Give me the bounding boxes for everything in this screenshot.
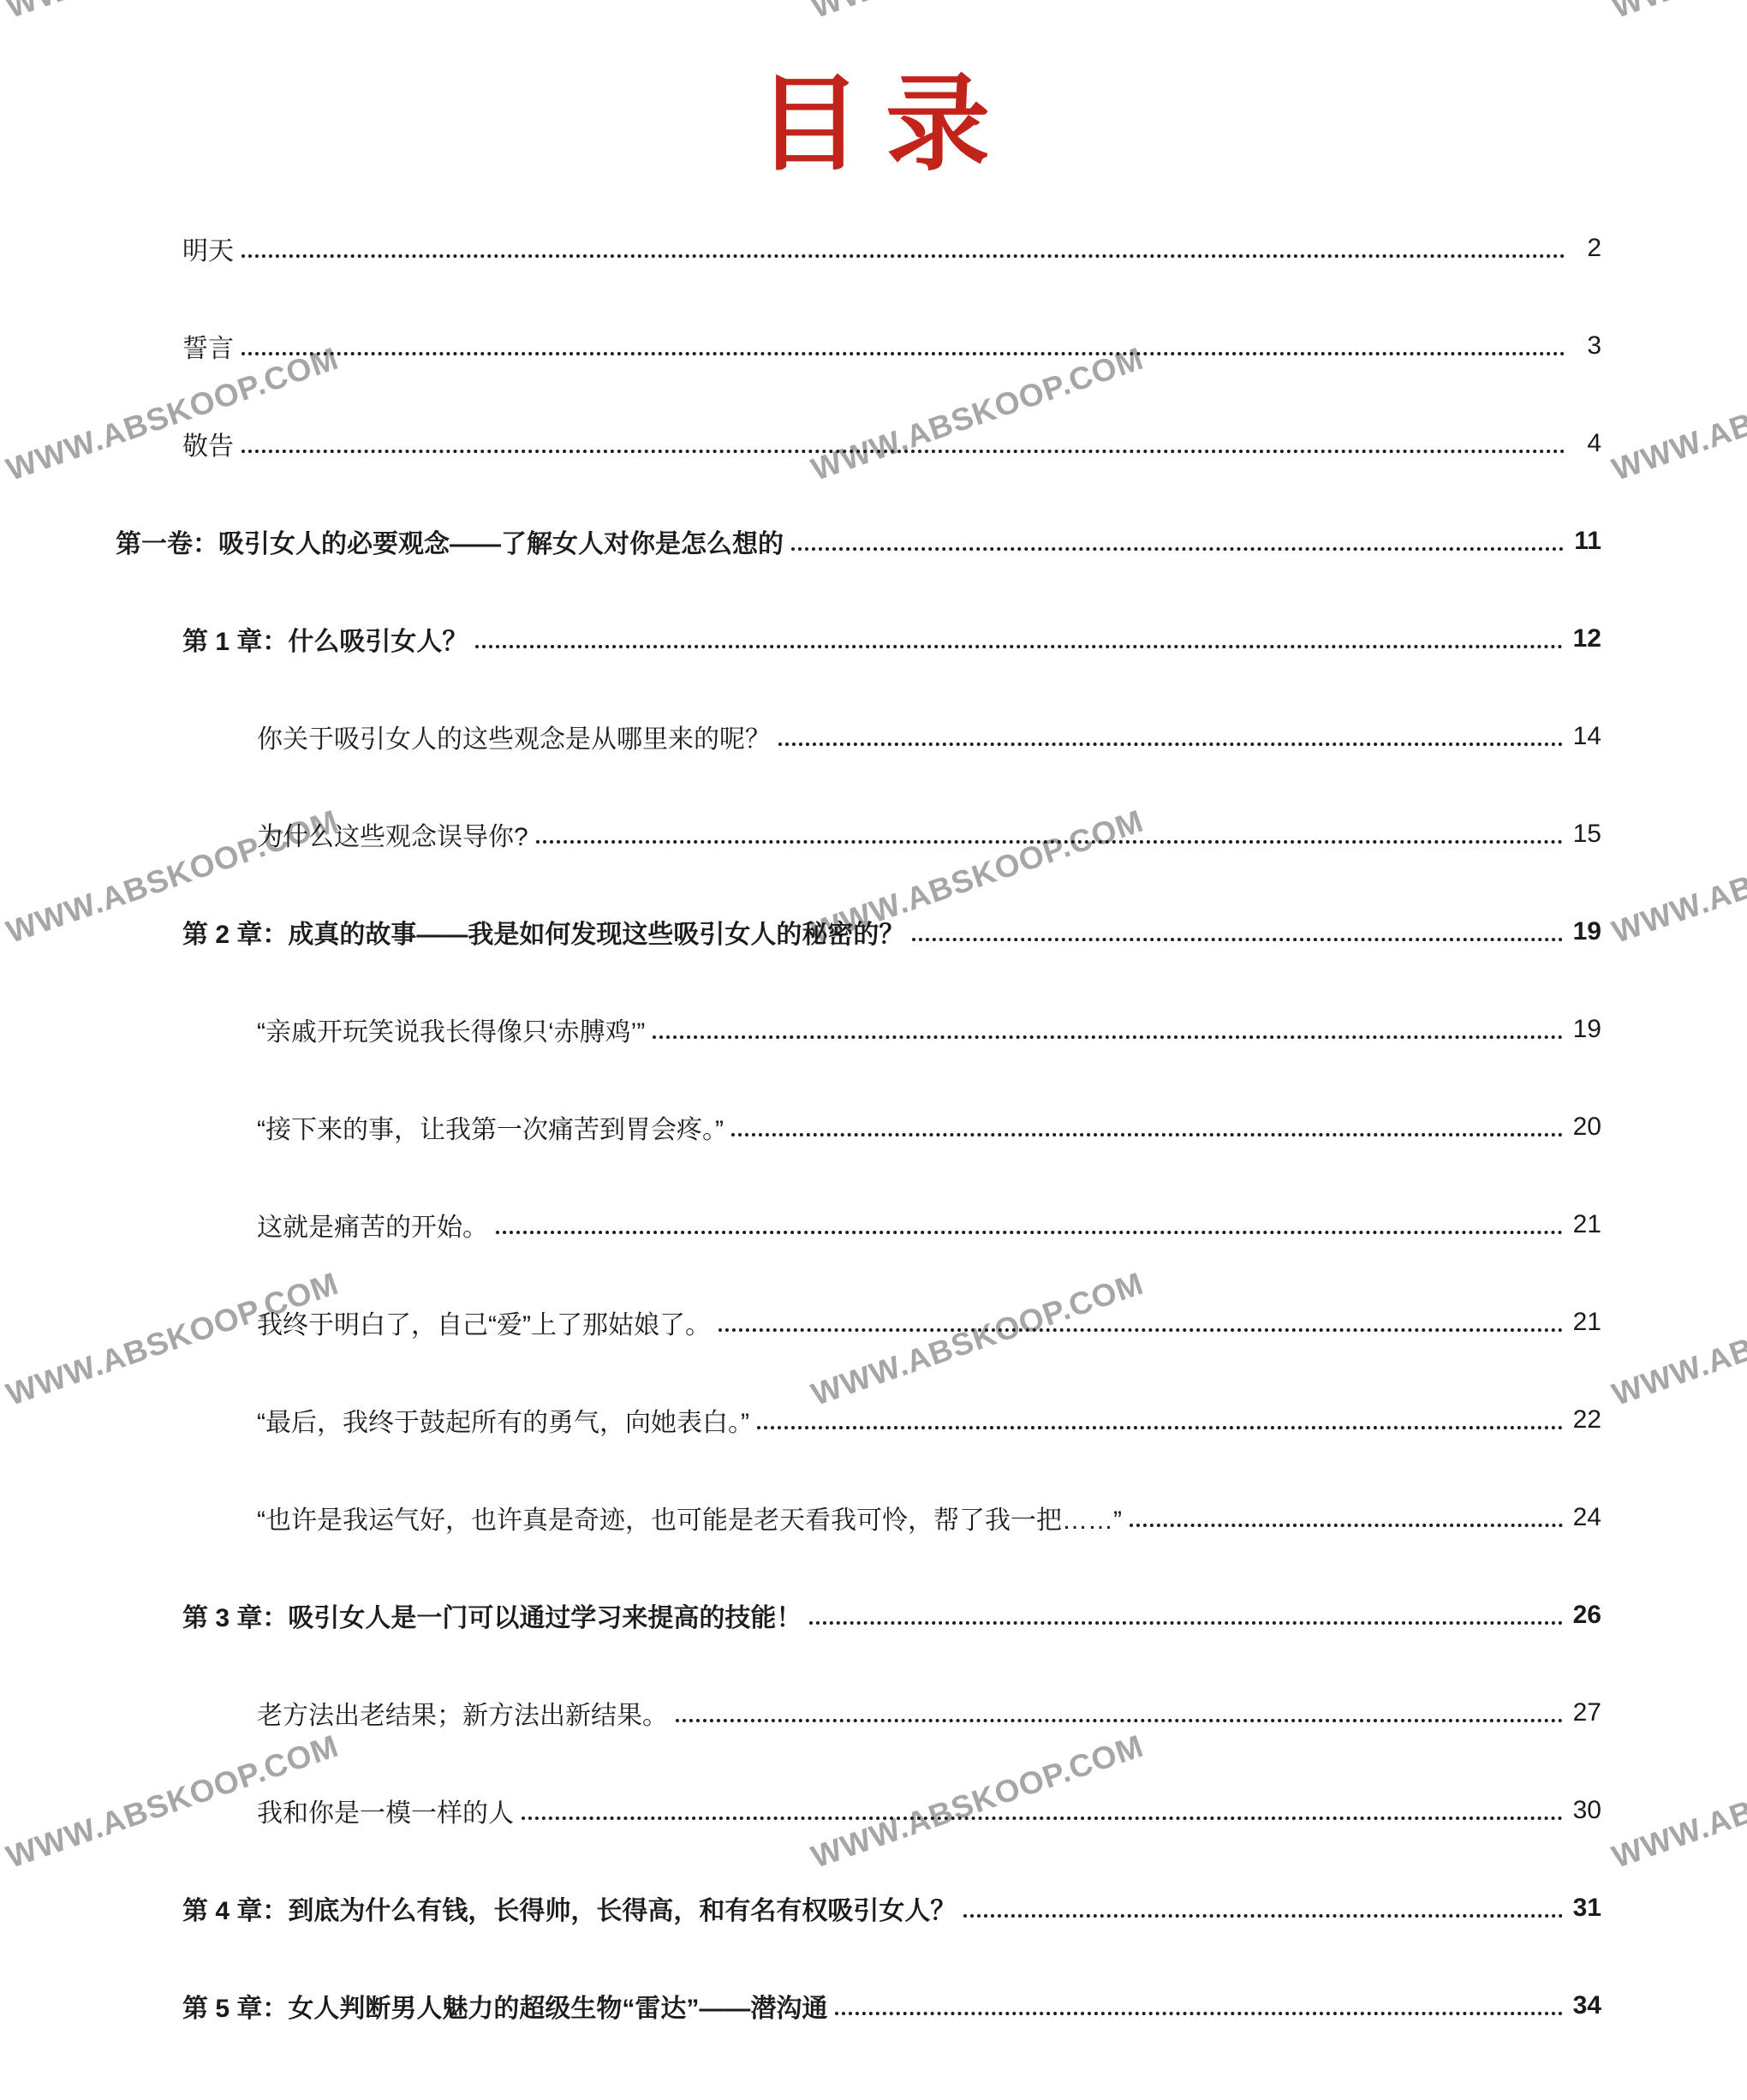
- toc-entry[interactable]: 你关于吸引女人的这些观念是从哪里来的呢？14: [0, 688, 1747, 785]
- toc-entry[interactable]: 敬告4: [0, 395, 1747, 492]
- toc-entry-page: 11: [1574, 527, 1601, 556]
- toc-entry[interactable]: 第 4 章：到底为什么有钱，长得帅，长得高，和有名有权吸引女人？31: [0, 1859, 1747, 1957]
- toc-entry-text: 你关于吸引女人的这些观念是从哪里来的呢？: [257, 718, 771, 755]
- toc-entry-page: 19: [1573, 917, 1601, 946]
- toc-entry-page: 14: [1573, 722, 1601, 751]
- dotted-leader: [241, 254, 1565, 258]
- dotted-leader: [757, 1426, 1563, 1429]
- toc-entry-page: 24: [1573, 1503, 1601, 1532]
- toc-entry-text: “接下来的事，让我第一次痛苦到胃会疼。”: [257, 1108, 724, 1146]
- toc-list: 明天2誓言3敬告4第一卷：吸引女人的必要观念——了解女人对你是怎么想的11第 1…: [0, 200, 1747, 2055]
- toc-entry[interactable]: 第 3 章：吸引女人是一门可以通过学习来提高的技能！26: [0, 1566, 1747, 1664]
- toc-entry-text: 为什么这些观念误导你?: [257, 815, 528, 853]
- dotted-leader: [676, 1719, 1563, 1722]
- dotted-leader: [809, 1621, 1562, 1625]
- toc-entry-page: 34: [1573, 1991, 1601, 2020]
- toc-entry-page: 21: [1573, 1308, 1601, 1337]
- dotted-leader: [835, 2012, 1562, 2015]
- toc-entry-page: 27: [1573, 1698, 1601, 1727]
- toc-entry[interactable]: 第一卷：吸引女人的必要观念——了解女人对你是怎么想的11: [0, 492, 1747, 590]
- toc-entry-page: 21: [1573, 1210, 1601, 1239]
- toc-entry-page: 31: [1573, 1894, 1601, 1923]
- toc-entry[interactable]: 为什么这些观念误导你?15: [0, 785, 1747, 883]
- toc-entry-page: 20: [1573, 1113, 1601, 1142]
- toc-entry[interactable]: “最后，我终于鼓起所有的勇气，向她表白。”22: [0, 1371, 1747, 1469]
- toc-entry-text: 敬告: [182, 425, 234, 462]
- toc-entry-page: 3: [1576, 331, 1601, 361]
- toc-entry-page: 2: [1576, 234, 1601, 263]
- toc-entry[interactable]: “也许是我运气好，也许真是奇迹，也可能是老天看我可怜，帮了我一把……”24: [0, 1469, 1747, 1566]
- dotted-leader: [731, 1133, 1563, 1137]
- toc-entry[interactable]: 第 1 章：什么吸引女人？12: [0, 590, 1747, 688]
- page-title: 目录: [0, 62, 1747, 187]
- watermark-text: WWW.ABSKOOP.COM: [3, 0, 343, 23]
- toc-entry-text: 第一卷：吸引女人的必要观念——了解女人对你是怎么想的: [116, 522, 784, 560]
- dotted-leader: [536, 840, 1563, 844]
- watermark-text: WWW.ABSKOOP.COM: [808, 0, 1148, 23]
- dotted-leader: [1130, 1524, 1563, 1527]
- toc-entry-text: 第 3 章：吸引女人是一门可以通过学习来提高的技能！: [182, 1596, 802, 1634]
- toc-entry[interactable]: 明天2: [0, 200, 1747, 297]
- dotted-leader: [791, 547, 1564, 551]
- dotted-leader: [241, 450, 1565, 453]
- toc-entry[interactable]: 我终于明白了，自己“爱”上了那姑娘了。21: [0, 1274, 1747, 1371]
- toc-entry[interactable]: 这就是痛苦的开始。21: [0, 1176, 1747, 1274]
- toc-entry-text: 第 1 章：什么吸引女人？: [182, 620, 468, 658]
- toc-entry-page: 30: [1573, 1796, 1601, 1825]
- watermark-text: WWW.ABSKOOP.COM: [1608, 0, 1747, 23]
- toc-entry[interactable]: 第 2 章：成真的故事——我是如何发现这些吸引女人的秘密的？19: [0, 883, 1747, 981]
- toc-entry-text: 明天: [182, 230, 234, 267]
- toc-entry-text: “也许是我运气好，也许真是奇迹，也可能是老天看我可怜，帮了我一把……”: [257, 1499, 1122, 1536]
- toc-entry-page: 22: [1573, 1405, 1601, 1435]
- toc-entry[interactable]: 第 5 章：女人判断男人魅力的超级生物“雷达”——潜沟通34: [0, 1957, 1747, 2055]
- toc-page: WWW.ABSKOOP.COMWWW.ABSKOOP.COMWWW.ABSKOO…: [0, 0, 1747, 2100]
- dotted-leader: [241, 352, 1565, 355]
- dotted-leader: [475, 645, 1562, 648]
- toc-entry[interactable]: “亲戚开玩笑说我长得像只‘赤膊鸡’”19: [0, 981, 1747, 1078]
- dotted-leader: [778, 743, 1563, 746]
- toc-entry-text: 我和你是一模一样的人: [257, 1792, 514, 1829]
- toc-entry-page: 4: [1576, 429, 1601, 458]
- toc-entry[interactable]: “接下来的事，让我第一次痛苦到胃会疼。”20: [0, 1078, 1747, 1176]
- toc-entry-text: 第 5 章：女人判断男人魅力的超级生物“雷达”——潜沟通: [182, 1987, 827, 2025]
- toc-entry-text: 老方法出老结果；新方法出新结果。: [257, 1694, 668, 1732]
- toc-entry-page: 15: [1573, 820, 1601, 849]
- toc-entry-page: 19: [1573, 1015, 1601, 1044]
- dotted-leader: [912, 938, 1562, 941]
- toc-entry-text: 这就是痛苦的开始。: [257, 1206, 488, 1244]
- toc-entry[interactable]: 我和你是一模一样的人30: [0, 1762, 1747, 1859]
- toc-entry-page: 26: [1573, 1601, 1601, 1630]
- toc-entry[interactable]: 誓言3: [0, 297, 1747, 395]
- dotted-leader: [522, 1817, 1563, 1820]
- dotted-leader: [653, 1035, 1562, 1039]
- toc-entry-text: 誓言: [182, 327, 234, 365]
- toc-entry-text: “最后，我终于鼓起所有的勇气，向她表白。”: [257, 1401, 749, 1439]
- toc-entry-text: 第 4 章：到底为什么有钱，长得帅，长得高，和有名有权吸引女人？: [182, 1889, 956, 1927]
- toc-entry-text: 第 2 章：成真的故事——我是如何发现这些吸引女人的秘密的？: [182, 913, 904, 951]
- toc-entry[interactable]: 老方法出老结果；新方法出新结果。27: [0, 1664, 1747, 1762]
- dotted-leader: [963, 1914, 1562, 1918]
- toc-entry-text: 我终于明白了，自己“爱”上了那姑娘了。: [257, 1304, 711, 1341]
- dotted-leader: [496, 1231, 1563, 1234]
- toc-entry-text: “亲戚开玩笑说我长得像只‘赤膊鸡’”: [257, 1011, 645, 1048]
- toc-entry-page: 12: [1573, 624, 1601, 653]
- dotted-leader: [718, 1328, 1563, 1332]
